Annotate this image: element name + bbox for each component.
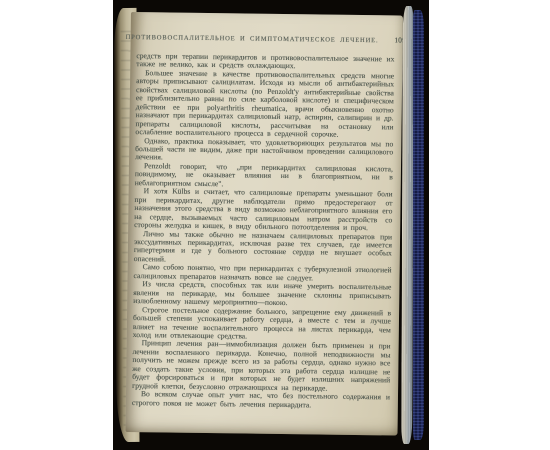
page-header-row: ПРОТИВОВОСПАЛИТЕЛЬНОЕ И СИМПТОМАТИЧЕСКОЕ… (137, 32, 395, 44)
open-book-page: ПРОТИВОВОСПАЛИТЕЛЬНОЕ И СИМПТОМАТИЧЕСКОЕ… (126, 12, 403, 436)
paragraph: Строгое постельное содержание больного, … (133, 306, 391, 343)
book-cover-binding (413, 10, 424, 440)
paragraph: Во всяком случае опыт учит нас, что без … (132, 390, 390, 410)
paragraph: Большее значение в качестве противовоспа… (135, 69, 394, 140)
book-photo: ПРОТИВОВОСПАЛИТЕЛЬНОЕ И СИМПТОМАТИЧЕСКОЕ… (0, 0, 550, 450)
page-fore-edge (401, 6, 414, 444)
paragraph: Лично мы также обычно не назначаем салиц… (134, 230, 392, 267)
body-text: средств при терапии перикардитов и проти… (132, 52, 395, 410)
paragraph: И хотя Külbs и считает, что салициловые … (134, 187, 393, 233)
page-content: ПРОТИВОВОСПАЛИТЕЛЬНОЕ И СИМПТОМАТИЧЕСКОЕ… (132, 32, 395, 427)
running-header: ПРОТИВОВОСПАЛИТЕЛЬНОЕ И СИМПТОМАТИЧЕСКОЕ… (126, 34, 379, 44)
paragraph: Принцип лечения ран—иммобилизация должен… (132, 339, 391, 393)
